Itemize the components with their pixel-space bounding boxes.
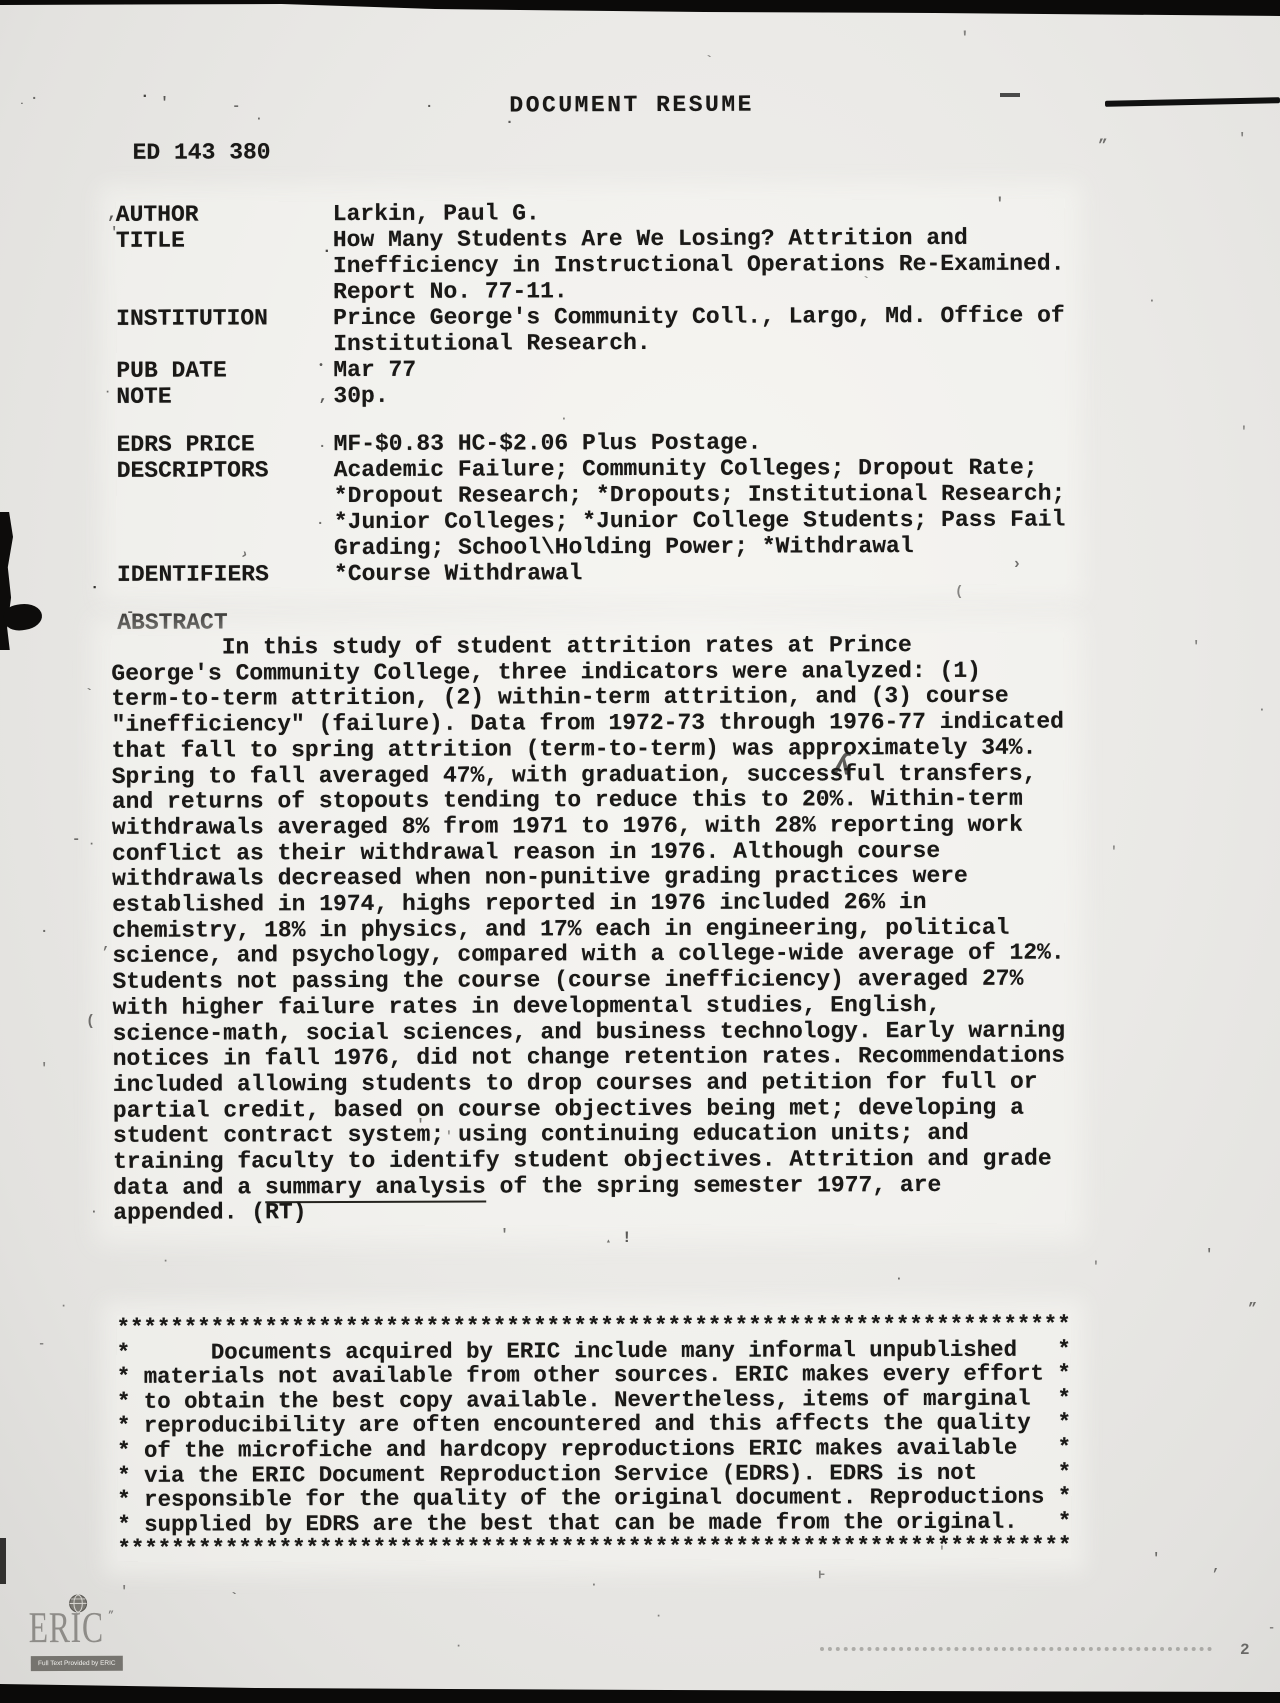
field-label: IDENTIFIERS — [117, 561, 334, 588]
field-label: PUB DATE — [116, 357, 333, 384]
abstract-last-line: appended. (RT) — [113, 1198, 1065, 1227]
field-label: INSTITUTION — [116, 305, 333, 332]
abstract-text: In this study of student attrition rates… — [111, 633, 1065, 1227]
abstract-tail-line: data and a summary analysis of the sprin… — [113, 1172, 1065, 1201]
field-value: *Course Withdrawal — [334, 560, 583, 587]
document-resume-heading: DOCUMENT RESUME — [509, 92, 754, 119]
abstract-underlined-phrase: summary analysis — [265, 1173, 486, 1203]
scanned-document-page: DOCUMENT RESUME ED 143 380 AUTHOR Larkin… — [0, 0, 1280, 1703]
catalog-fields: AUTHOR Larkin, Paul G. TITLE How Many St… — [116, 199, 1066, 588]
eric-logo-tagline: Full Text Provided by ERIC — [31, 1656, 123, 1671]
field-row-institution: INSTITUTION Prince George's Community Co… — [116, 303, 1065, 358]
field-label: AUTHOR — [116, 201, 333, 228]
eric-logo: ERIC Full Text Provided by ERIC — [29, 1600, 129, 1678]
scan-artifact-dash — [1000, 93, 1020, 97]
field-row-author: AUTHOR Larkin, Paul G. — [116, 199, 1065, 228]
field-value: How Many Students Are We Losing? Attriti… — [333, 225, 1065, 306]
field-label: EDRS PRICE — [117, 431, 334, 458]
field-row-edrs-price: EDRS PRICE MF-$0.83 HC-$2.06 Plus Postag… — [117, 429, 1066, 458]
field-row-note: NOTE 30p. — [116, 381, 1065, 410]
field-row-pub-date: PUB DATE Mar 77 — [116, 355, 1065, 384]
globe-icon — [69, 1594, 88, 1618]
field-value: Larkin, Paul G. — [333, 200, 540, 227]
field-value: Mar 77 — [333, 357, 416, 383]
abstract-body: In this study of student attrition rates… — [111, 633, 1065, 1176]
field-label: DESCRIPTORS — [117, 457, 334, 484]
abstract-heading: ABSTRACT — [117, 609, 228, 635]
field-row-title: TITLE How Many Students Are We Losing? A… — [116, 225, 1065, 306]
document-content: DOCUMENT RESUME ED 143 380 AUTHOR Larkin… — [0, 0, 1280, 1703]
field-value: Prince George's Community Coll., Largo, … — [333, 303, 1065, 358]
field-value: MF-$0.83 HC-$2.06 Plus Postage. — [334, 430, 762, 457]
field-value: Academic Failure; Community Colleges; Dr… — [334, 455, 1066, 562]
field-value: 30p. — [333, 383, 388, 409]
scan-streak-artifact — [820, 1647, 1212, 1651]
field-row-identifiers: IDENTIFIERS *Course Withdrawal — [117, 559, 1066, 588]
field-label: TITLE — [116, 227, 333, 254]
field-row-descriptors: DESCRIPTORS Academic Failure; Community … — [117, 455, 1066, 562]
eric-reproduction-disclaimer: ****************************************… — [117, 1312, 1072, 1561]
abstract-tail-post: of the spring semester 1977, are — [486, 1172, 942, 1200]
field-label: NOTE — [116, 383, 333, 410]
ed-accession-number: ED 143 380 — [133, 139, 271, 165]
scan-edge-left-bar2 — [0, 1538, 6, 1584]
eric-logo-text: ERIC — [29, 1602, 104, 1653]
abstract-tail-pre: data and a — [113, 1174, 265, 1201]
